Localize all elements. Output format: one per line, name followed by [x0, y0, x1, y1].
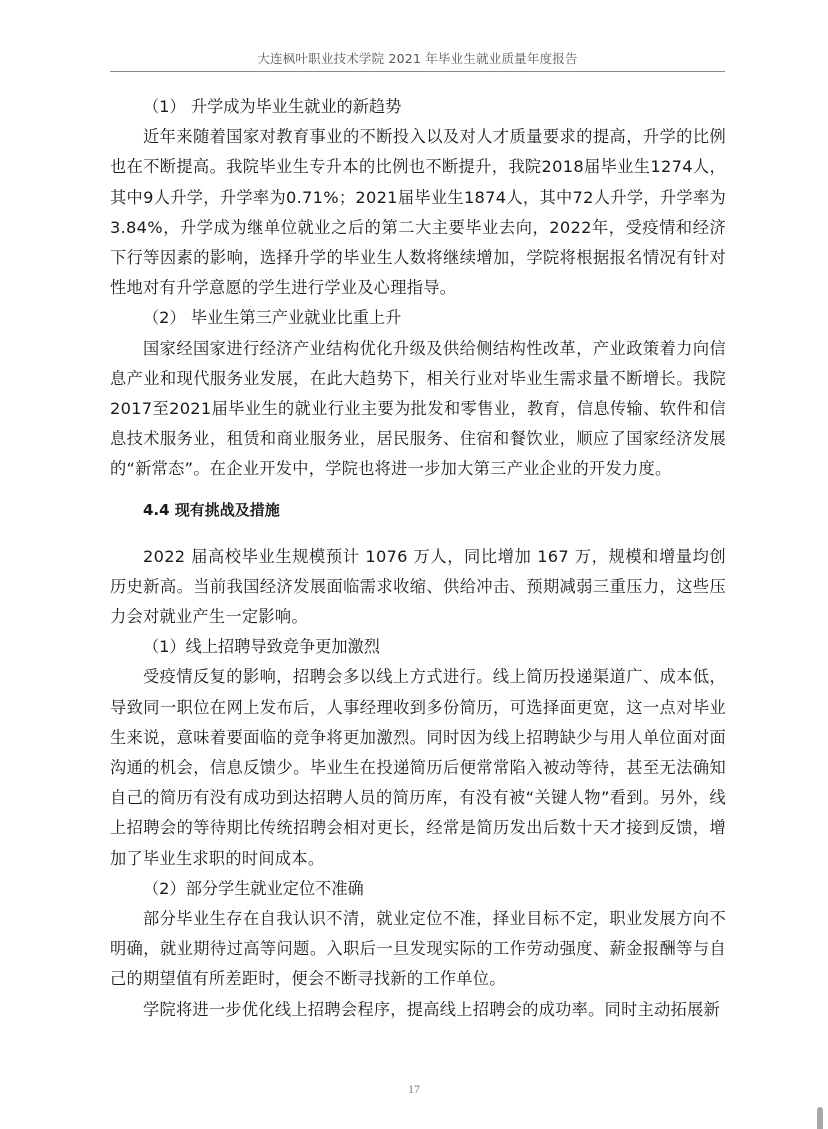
- page-number: 17: [0, 1082, 828, 1097]
- running-header: 大连枫叶职业技术学院 2021 年毕业生就业质量年度报告: [110, 50, 725, 72]
- paragraph-measures: 学院将进一步优化线上招聘会程序，提高线上招聘会的成功率。同时主动拓展新: [110, 995, 726, 1025]
- subsection-heading-online-recruiting: （1）线上招聘导致竞争更加激烈: [110, 632, 726, 662]
- page-content: （1） 升学成为毕业生就业的新趋势 近年来随着国家对教育事业的不断投入以及对人才…: [110, 92, 726, 1025]
- subsection-heading-further-study: （1） 升学成为毕业生就业的新趋势: [110, 92, 726, 122]
- section-title-challenges: 4.4 现有挑战及措施: [110, 498, 726, 522]
- subsection-heading-tertiary-industry: （2） 毕业生第三产业就业比重上升: [110, 303, 726, 333]
- paragraph-further-study: 近年来随着国家对教育事业的不断投入以及对人才质量要求的提高，升学的比例也在不断提…: [110, 122, 726, 303]
- document-page: 大连枫叶职业技术学院 2021 年毕业生就业质量年度报告 （1） 升学成为毕业生…: [0, 0, 828, 1129]
- paragraph-tertiary-industry: 国家经国家进行经济产业结构优化升级及供给侧结构性改革，产业政策着力向信息产业和现…: [110, 334, 726, 485]
- subsection-heading-job-positioning: （2）部分学生就业定位不准确: [110, 874, 726, 904]
- paragraph-job-positioning: 部分毕业生存在自我认识不清，就业定位不准，择业目标不定，职业发展方向不明确，就业…: [110, 904, 726, 995]
- scrollbar-thumb[interactable]: [817, 1107, 823, 1129]
- paragraph-online-recruiting: 受疫情反复的影响，招聘会多以线上方式进行。线上简历投递渠道广、成本低，导致同一职…: [110, 662, 726, 873]
- paragraph-challenges-intro: 2022 届高校毕业生规模预计 1076 万人，同比增加 167 万，规模和增量…: [110, 542, 726, 633]
